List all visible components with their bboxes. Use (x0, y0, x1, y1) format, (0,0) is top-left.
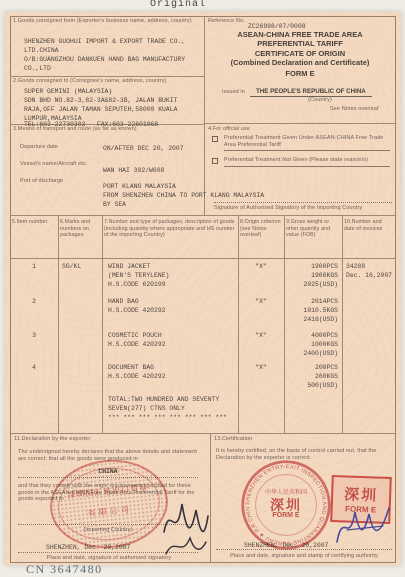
total-line: SEVEN(277) CTNS ONLY (108, 404, 185, 413)
weight: 1010.5KGS (286, 306, 338, 315)
discharge-line: PORT KLANG MALAYSIA (103, 182, 176, 191)
value-fob: 500(USD) (286, 381, 338, 390)
departure-date-label: Departure date (20, 144, 58, 151)
origin-criterion: "X" (238, 297, 284, 306)
checkbox-preferential-given (212, 136, 218, 142)
value-fob: 2416(USD) (286, 315, 338, 324)
col-header-item: 5.Item number (12, 219, 56, 226)
marks-numbers: SG/KL (62, 262, 81, 271)
hs-code: H.S.CODE 420292 (108, 340, 166, 349)
goods-description: DOCUMENT BAG (108, 363, 154, 372)
box4-signature-line (214, 202, 392, 203)
discharge-line: BY SEA (103, 200, 126, 209)
issued-country-caption: (Country) (250, 97, 390, 104)
exporter-signature (158, 492, 210, 562)
value-fob: 2025(USD) (286, 280, 338, 289)
total-line: *** *** *** *** *** *** *** *** (108, 413, 227, 422)
col-header-marks: 6.Marks and numbers on packages (60, 219, 100, 239)
quantity: 1900PCS (286, 262, 338, 271)
col-header-invoice: 10.Number and date of invoices (344, 219, 394, 232)
discharge-line: FROM SHENZHEN CHINA TO PORT KLANG MALAYS… (103, 191, 264, 200)
box3-label: 3.Means of transport and route (as far a… (13, 126, 137, 133)
serial-number: CN 3647480 (26, 562, 103, 577)
title-line: (Combined Declaration and Certificate) (206, 58, 394, 67)
divider-upper (204, 16, 205, 215)
table-top-line (10, 215, 396, 216)
scanned-certificate: { "scan": { "page_label": "Original", "s… (0, 0, 405, 577)
vessel-label: Vessel's name/Aircraft etc. (20, 161, 87, 168)
invoice-date: Dec. 16,2007 (346, 271, 392, 280)
goods-description: HAND BAG (108, 297, 139, 306)
issued-country: THE PEOPLE'S REPUBLIC OF CHINA (250, 88, 372, 97)
option-preferential-not-given: Preferential Treatment Not Given (Please… (224, 157, 390, 167)
checkbox-preferential-not-given (212, 158, 218, 164)
item-number: 1 (10, 262, 58, 271)
exporter-line: LTD.CHINA (24, 46, 59, 55)
weight: 1900KGS (286, 271, 338, 280)
table-bottom-line (10, 433, 396, 434)
issued-in-prefix: Issued in (222, 89, 245, 96)
item-number: 4 (10, 363, 58, 372)
quantity: 4000PCS (286, 331, 338, 340)
certificate-title: ASEAN-CHINA FREE TRADE AREA PREFERENTIAL… (206, 30, 394, 68)
table-col-line-1 (58, 215, 59, 433)
box4-signature-caption: Signature of Authorised Signatory of the… (214, 205, 394, 212)
option-preferential-given: Preferential Treatment Given Under ASEAN… (224, 135, 390, 151)
table-col-line-4 (284, 215, 285, 433)
item-number: 3 (10, 331, 58, 340)
table-col-line-5 (342, 215, 343, 433)
quantity: 2014PCS (286, 297, 338, 306)
invoice-number: 34288 (346, 262, 365, 271)
box2-label: 2.Goods consigned to (Consignee's name, … (13, 78, 199, 85)
form-name: FORM E (206, 69, 394, 78)
col-header-description: 7.Number and type of packages, descripti… (104, 219, 236, 239)
table-col-line-2 (102, 215, 103, 433)
divider-title-box4 (204, 123, 396, 124)
table-col-line-3 (238, 215, 239, 433)
quantity: 200PCS (286, 363, 338, 372)
col-header-gross-weight: 9.Gross weight or other quantity and val… (286, 219, 340, 239)
consignee-line: SDN BHD NO.82-3,82-3A&82-3B, JALAN BUKIT (24, 96, 177, 105)
exporter-line: SHENZHEN GUOHUI IMPORT & EXPORT TRADE CO… (24, 37, 185, 46)
certifier-signature (333, 502, 393, 550)
box4-label: 4.For official use (208, 126, 250, 133)
item-number: 2 (10, 297, 58, 306)
table-header-line (10, 258, 396, 259)
goods-description: (MEN'S TERYLENE) (108, 271, 169, 280)
certification-caption: Place and date, signature and stamp of c… (212, 553, 396, 560)
box11-label: 11.Declaration by the exporter (14, 436, 90, 443)
vessel-value: WAN HAI 302/W608 (103, 166, 164, 175)
title-line: ASEAN-CHINA FREE TRADE AREA (206, 30, 394, 39)
ciq-round-stamp: SHENZHEN ENTRY-EXIT INSPECTION AND QUARA… (240, 459, 332, 551)
weight: 1000KGS (286, 340, 338, 349)
weight: 260KGS (286, 372, 338, 381)
total-line: TOTAL:TWO HUNDRED AND SEVENTY (108, 395, 219, 404)
see-notes-overleaf: See Notes overleaf (330, 106, 379, 113)
box13-label: 13.Certification (214, 436, 252, 443)
ciq-round-stamp-svg: SHENZHEN ENTRY-EXIT INSPECTION AND QUARA… (240, 459, 332, 551)
consignee-line: RAJA,OFF JALAN TAMAN SEPUTEH,58000 KUALA (24, 105, 177, 114)
exporter-line: CO.,LTD (24, 64, 51, 73)
page-label: Original (150, 0, 206, 9)
box1-label: 1.Goods consigned from (Exporter's busin… (13, 18, 199, 25)
goods-description: COSMETIC POUCH (108, 331, 162, 340)
divider-box11-box13 (210, 433, 211, 563)
origin-criterion: "X" (238, 363, 284, 372)
consignee-line: SUPER GEMINI (MALAYSIA) (24, 87, 112, 96)
origin-criterion: "X" (238, 262, 284, 271)
title-line: CERTIFICATE OF ORIGIN (206, 49, 394, 58)
goods-description: WIND JACKET (108, 262, 150, 271)
exporter-line: O/B:GUANGZHOU DANKUEN HAND BAG MANUFACTU… (24, 55, 185, 64)
value-fob: 2400(USD) (286, 349, 338, 358)
departure-date-value: ON/AFTER DEC 20, 2007 (103, 144, 184, 153)
title-line: PREFERENTIAL TARIFF (206, 39, 394, 48)
hs-code: H.S.CODE 420292 (108, 372, 166, 381)
hs-code: H.S.CODE 420292 (108, 306, 166, 315)
hs-code: H.S.CODE 620199 (108, 280, 166, 289)
divider-box1-box2 (10, 76, 204, 77)
reference-label: Reference No. (208, 18, 245, 25)
origin-criterion: "X" (238, 331, 284, 340)
col-header-origin: 8.Origin criterion (see Notes overleaf) (240, 219, 282, 239)
port-of-discharge-label: Port of discharge (20, 178, 63, 185)
